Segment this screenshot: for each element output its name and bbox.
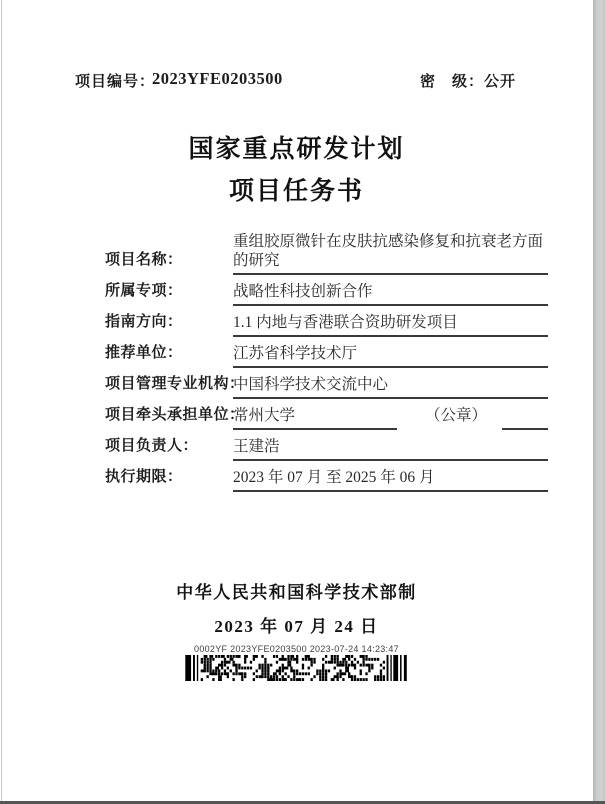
field-label: 项目牵头承担单位：: [105, 403, 233, 430]
lead-unit-value-row: 常州大学 （公章）: [233, 403, 548, 430]
document-page: 项目编号： 2023YFE0203500 密 级：公开 国家重点研发计划 项目任…: [0, 0, 605, 804]
secrecy-level: 密 级：公开: [420, 70, 516, 91]
field-label: 所属专项：: [105, 279, 233, 306]
barcode-2d-icon: [181, 655, 413, 681]
field-value: 战略性科技创新合作: [233, 282, 548, 306]
field-value: 1.1 内地与香港联合资助研发项目: [233, 313, 548, 337]
field-label: 执行期限：: [105, 465, 233, 492]
document-title: 国家重点研发计划 项目任务书: [0, 128, 593, 212]
project-form: 项目名称： 重组胶原微针在皮肤抗感染修复和抗衰老方面的研究 所属专项： 战略性科…: [105, 233, 548, 492]
field-lead-unit: 项目牵头承担单位： 常州大学 （公章）: [105, 399, 548, 430]
barcode-block: 0002YF 2023YFE0203500 2023-07-24 14:23:4…: [0, 644, 593, 686]
field-special-program: 所属专项： 战略性科技创新合作: [105, 275, 548, 306]
field-recommending-unit: 推荐单位： 江苏省科学技术厅: [105, 337, 548, 368]
field-management-agency: 项目管理专业机构： 中国科学技术交流中心: [105, 368, 548, 399]
official-seal-hint: （公章）: [425, 403, 487, 430]
field-label: 推荐单位：: [105, 341, 233, 368]
field-guide-direction: 指南方向： 1.1 内地与香港联合资助研发项目: [105, 306, 548, 337]
barcode-caption: 0002YF 2023YFE0203500 2023-07-24 14:23:4…: [0, 644, 593, 654]
field-value: 中国科学技术交流中心: [233, 375, 548, 399]
field-value: 2023 年 07 月 至 2025 年 06 月: [233, 468, 548, 492]
field-value: 江苏省科学技术厅: [233, 344, 548, 368]
header-row: 项目编号： 2023YFE0203500 密 级：公开: [0, 70, 593, 90]
field-label: 项目负责人：: [105, 434, 233, 461]
barcode-noise: [200, 655, 384, 681]
seal-signature-line: [502, 408, 548, 430]
project-number-label: 项目编号：: [75, 70, 155, 91]
page-right-scan-band: [593, 0, 605, 804]
document-title-line2: 项目任务书: [0, 170, 593, 212]
document-title-line1: 国家重点研发计划: [0, 128, 593, 170]
field-value: 王建浩: [233, 437, 548, 461]
field-project-name: 项目名称： 重组胶原微针在皮肤抗感染修复和抗衰老方面的研究: [105, 233, 548, 275]
issuing-authority: 中华人民共和国科学技术部制: [0, 578, 593, 603]
field-label: 项目管理专业机构：: [105, 372, 233, 399]
field-value: 重组胶原微针在皮肤抗感染修复和抗衰老方面的研究: [233, 232, 548, 275]
field-execution-period: 执行期限： 2023 年 07 月 至 2025 年 06 月: [105, 461, 548, 492]
project-number-value: 2023YFE0203500: [152, 69, 283, 89]
field-project-leader: 项目负责人： 王建浩: [105, 430, 548, 461]
field-label: 项目名称：: [105, 248, 233, 275]
field-value: 常州大学: [233, 403, 397, 430]
issue-date: 2023 年 07 月 24 日: [0, 612, 593, 637]
field-label: 指南方向：: [105, 310, 233, 337]
